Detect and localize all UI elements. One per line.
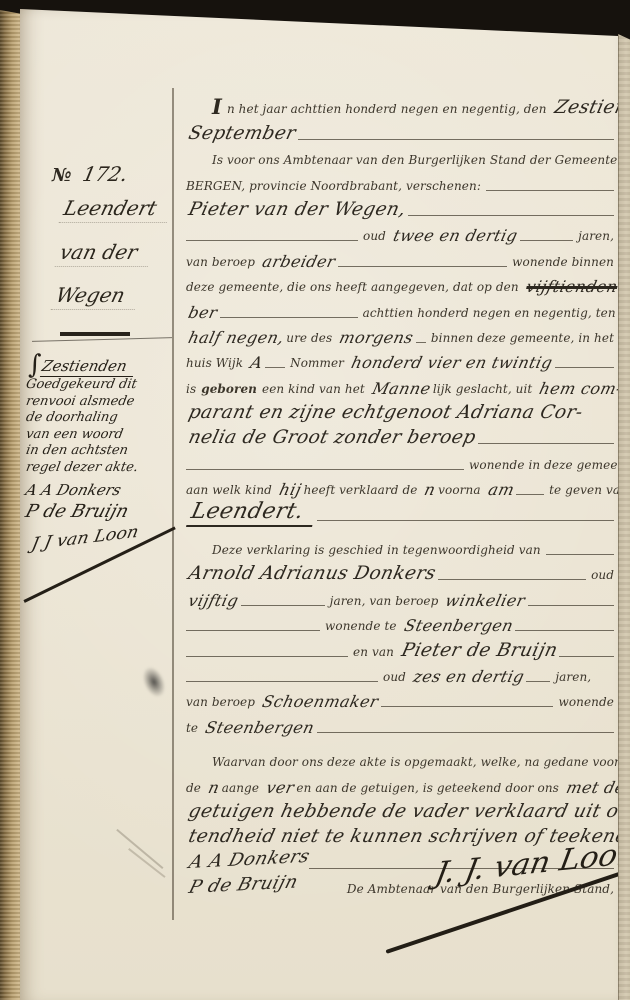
margin-underline-thin xyxy=(32,337,172,342)
handwritten-text: zes en dertig xyxy=(411,667,526,688)
margin-signature-donkers: A A Donkers xyxy=(23,481,176,499)
blank-rule-line xyxy=(408,215,614,216)
margin-annotation: ∫ Zestienden Goedgekeurd dit renvooi als… xyxy=(26,356,174,546)
handwritten-text: parant en zijne echtgenoot Adriana Cor- xyxy=(186,402,585,425)
printed-form-text: oud xyxy=(591,568,614,586)
margin-annotation-line: regel dezer akte. xyxy=(25,460,176,477)
margin-annotation-line: in den achtsten xyxy=(25,443,176,460)
handwritten-text: ber xyxy=(186,303,219,324)
act-line: deze gemeente, die ons heeft aangegeven,… xyxy=(186,273,614,298)
handwritten-text: arbeider xyxy=(260,252,337,273)
blank-rule-line xyxy=(186,681,378,682)
blank-rule-line xyxy=(478,443,614,444)
act-line: In het jaar achttien honderd negen en ne… xyxy=(186,95,614,120)
blank-rule-line xyxy=(220,317,358,318)
printed-form-text: wonende in deze gemeente, xyxy=(469,458,618,476)
act-line: half negen,ure desmorgensbinnen deze gem… xyxy=(186,324,614,349)
blank-rule-line xyxy=(186,656,348,657)
handwritten-text: A xyxy=(248,353,265,374)
blank-rule-line xyxy=(298,139,614,140)
blank-rule-line xyxy=(559,656,614,657)
blank-rule-line xyxy=(526,681,550,682)
handwritten-text: vijftig xyxy=(186,591,240,612)
printed-form-text: is xyxy=(186,382,196,400)
handwritten-text: nelia de Groot zonder beroep xyxy=(186,427,478,450)
handwritten-text: Manne xyxy=(370,379,433,400)
act-line: nelia de Groot zonder beroep xyxy=(186,425,614,450)
handwritten-text: Pieter van der Wegen, xyxy=(186,199,408,222)
blank-rule-line xyxy=(520,240,573,241)
margin-annotation-line: Goedgekeurd dit xyxy=(25,377,176,394)
handwritten-text: vijftienden xyxy=(524,277,618,298)
act-line: teSteenbergen xyxy=(186,713,614,738)
handwritten-text: Steenbergen xyxy=(402,616,515,637)
handwritten-text: morgens xyxy=(337,328,415,349)
margin-child-name-line: van der xyxy=(55,240,154,267)
printed-form-text: jaren, xyxy=(555,670,591,688)
handwritten-text: hem com- xyxy=(537,379,618,400)
printed-form-text: jaren, xyxy=(578,229,614,247)
handwritten-text: Pieter de Bruijn xyxy=(399,640,560,663)
margin-underline-dash xyxy=(60,332,130,336)
handwritten-text: met de beide xyxy=(564,778,618,799)
act-line: denaangeveren aan de getuigen, is geteek… xyxy=(186,773,614,798)
ink-smudge-stain xyxy=(138,663,169,700)
printed-form-text: oud xyxy=(363,229,386,247)
printed-form-text: achttien honderd negen en negentig, ten xyxy=(363,306,616,324)
printed-form-text: te geven van xyxy=(549,483,618,501)
act-line: van beroeparbeiderwonende binnen xyxy=(186,247,614,272)
act-line: Deze verklaring is geschied in tegenwoor… xyxy=(186,536,614,561)
handwritten-text: A A Donkers xyxy=(186,846,312,875)
blank-rule-line xyxy=(528,605,614,606)
margin-child-name-line: Wegen xyxy=(51,283,142,310)
handwritten-text: Schoenmaker xyxy=(260,692,380,713)
act-line: wonende in deze gemeente, xyxy=(186,450,614,475)
act-line: wonende teSteenbergen xyxy=(186,612,614,637)
handwritten-text: September xyxy=(186,123,298,146)
act-line: en vanPieter de Bruijn xyxy=(186,637,614,662)
act-line: Leendert. xyxy=(186,501,614,526)
act-line: oudtwee en dertigjaren, xyxy=(186,222,614,247)
handwritten-text: ver xyxy=(264,778,296,799)
act-line: getuigen hebbende de vader verklaard uit… xyxy=(186,799,614,824)
printed-form-text: de xyxy=(186,781,201,799)
act-line: aan welk kindhijheeft verklaard denvoorn… xyxy=(186,476,614,501)
act-line: BERGEN, provincie Noordbrabant, verschen… xyxy=(186,171,614,196)
act-line: oudzes en dertigjaren, xyxy=(186,663,614,688)
printed-form-text: lijk geslacht, uit xyxy=(433,382,533,400)
printed-form-text: BERGEN, provincie Noordbrabant, verschen… xyxy=(186,179,481,197)
blank-rule-line xyxy=(241,605,325,606)
printed-form-text: Nommer xyxy=(290,356,344,374)
printed-form-text: voorna xyxy=(438,483,480,501)
blank-rule-line xyxy=(416,342,426,343)
handwritten-text: Zestienden xyxy=(552,97,618,120)
handwritten-text: honderd vier en twintig xyxy=(349,353,555,374)
blank-rule-line xyxy=(486,190,614,191)
margin-annotation-line: renvooi alsmede xyxy=(25,394,176,411)
act-line: Is voor ons Ambtenaar van den Burgerlijk… xyxy=(186,146,614,171)
printed-form-text: huis Wijk xyxy=(186,356,243,374)
blank-rule-line xyxy=(515,630,614,631)
blank-rule-line xyxy=(381,706,554,707)
printed-form-text: aange xyxy=(222,781,259,799)
adjacent-page-edge xyxy=(618,0,630,1000)
act-line: isgeboreneen kind van hetMannelijk gesla… xyxy=(186,374,614,399)
handwritten-text: Arnold Adrianus Donkers xyxy=(186,563,438,586)
act-number-label: № xyxy=(52,165,72,186)
handwritten-text: winkelier xyxy=(443,591,527,612)
printed-form-text: I xyxy=(212,94,222,120)
register-page: № 172. Leendert van der Wegen ∫ Zestiend… xyxy=(20,0,618,1000)
blank-rule-line xyxy=(438,579,586,580)
printed-form-text: van beroep xyxy=(186,255,255,273)
act-line: Arnold Adrianus Donkersoud xyxy=(186,561,614,586)
act-line: van beroepSchoenmakerwonende xyxy=(186,688,614,713)
printed-form-text: Deze verklaring is geschied in tegenwoor… xyxy=(212,543,541,561)
book-page-stack-edge xyxy=(0,2,22,1000)
printed-form-text: en van xyxy=(353,645,394,663)
blank-rule-line xyxy=(317,732,614,733)
act-line: vijftigjaren, van beroepwinkelier xyxy=(186,586,614,611)
margin-annotation-heading: Zestienden xyxy=(40,357,137,377)
act-line: September xyxy=(186,120,614,145)
blank-rule-line xyxy=(555,367,614,368)
printed-form-text: wonende binnen xyxy=(512,255,614,273)
printed-form-text: binnen deze gemeente, in het xyxy=(431,331,614,349)
act-line: Pieter van der Wegen, xyxy=(186,197,614,222)
act-number-value: 172. xyxy=(80,162,130,186)
pencil-scratch-mark xyxy=(117,829,164,869)
handwritten-text: P de Bruijn xyxy=(186,872,300,901)
margin-annotation-line: de doorhaling xyxy=(25,410,176,427)
printed-form-text: van beroep xyxy=(186,695,255,713)
printed-form-text: Is voor ons Ambtenaar van den Burgerlijk… xyxy=(212,153,618,171)
act-line: berachttien honderd negen en negentig, t… xyxy=(186,298,614,323)
printed-form-text: oud xyxy=(383,670,406,688)
act-number: № 172. xyxy=(52,162,127,186)
blank-rule-line xyxy=(265,367,285,368)
margin-child-name-line: Leendert xyxy=(59,196,174,223)
printed-form-text: jaren, van beroep xyxy=(330,594,439,612)
blank-rule-line xyxy=(186,469,464,470)
printed-form-text: en aan de getuigen, is geteekend door on… xyxy=(296,781,559,799)
margin-signature-de-bruijn: P de Bruijn xyxy=(23,501,177,522)
act-body: In het jaar achttien honderd negen en ne… xyxy=(186,95,614,900)
printed-form-text: n het jaar achttien honderd negen en neg… xyxy=(227,102,547,120)
handwritten-text: getuigen hebbende de vader verklaard uit… xyxy=(186,801,618,824)
pencil-scratch-mark xyxy=(128,848,165,878)
blank-rule-line xyxy=(186,630,320,631)
printed-form-text: geboren xyxy=(201,382,257,400)
blank-rule-line xyxy=(516,494,544,495)
printed-form-text: een kind van het xyxy=(262,382,365,400)
margin-annotation-line: van een woord xyxy=(25,427,176,444)
printed-form-text: ure des xyxy=(286,331,332,349)
handwritten-text: Leendert. xyxy=(186,499,318,527)
act-line: Waarvan door ons deze akte is opgemaakt,… xyxy=(186,748,614,773)
printed-form-text: Waarvan door ons deze akte is opgemaakt,… xyxy=(212,755,618,773)
handwritten-text: n xyxy=(206,778,222,799)
handwritten-text: n xyxy=(422,480,438,501)
handwritten-text: half negen, xyxy=(186,328,286,349)
act-line: parant en zijne echtgenoot Adriana Cor- xyxy=(186,400,614,425)
printed-form-text: wonende xyxy=(558,695,614,713)
act-line: huis WijkANommerhonderd vier en twintig xyxy=(186,349,614,374)
blank-rule-line xyxy=(317,520,614,521)
printed-form-text: heeft verklaard de xyxy=(304,483,418,501)
printed-form-text: te xyxy=(186,721,198,739)
printed-form-text: wonende te xyxy=(325,619,397,637)
printed-form-text: deze gemeente, die ons heeft aangegeven,… xyxy=(186,280,519,298)
handwritten-text: am xyxy=(486,480,516,501)
blank-rule-line xyxy=(546,554,614,555)
blank-rule-line xyxy=(338,266,508,267)
handwritten-text: Steenbergen xyxy=(203,718,316,739)
blank-rule-line xyxy=(186,240,358,241)
handwritten-text: twee en dertig xyxy=(391,226,520,247)
